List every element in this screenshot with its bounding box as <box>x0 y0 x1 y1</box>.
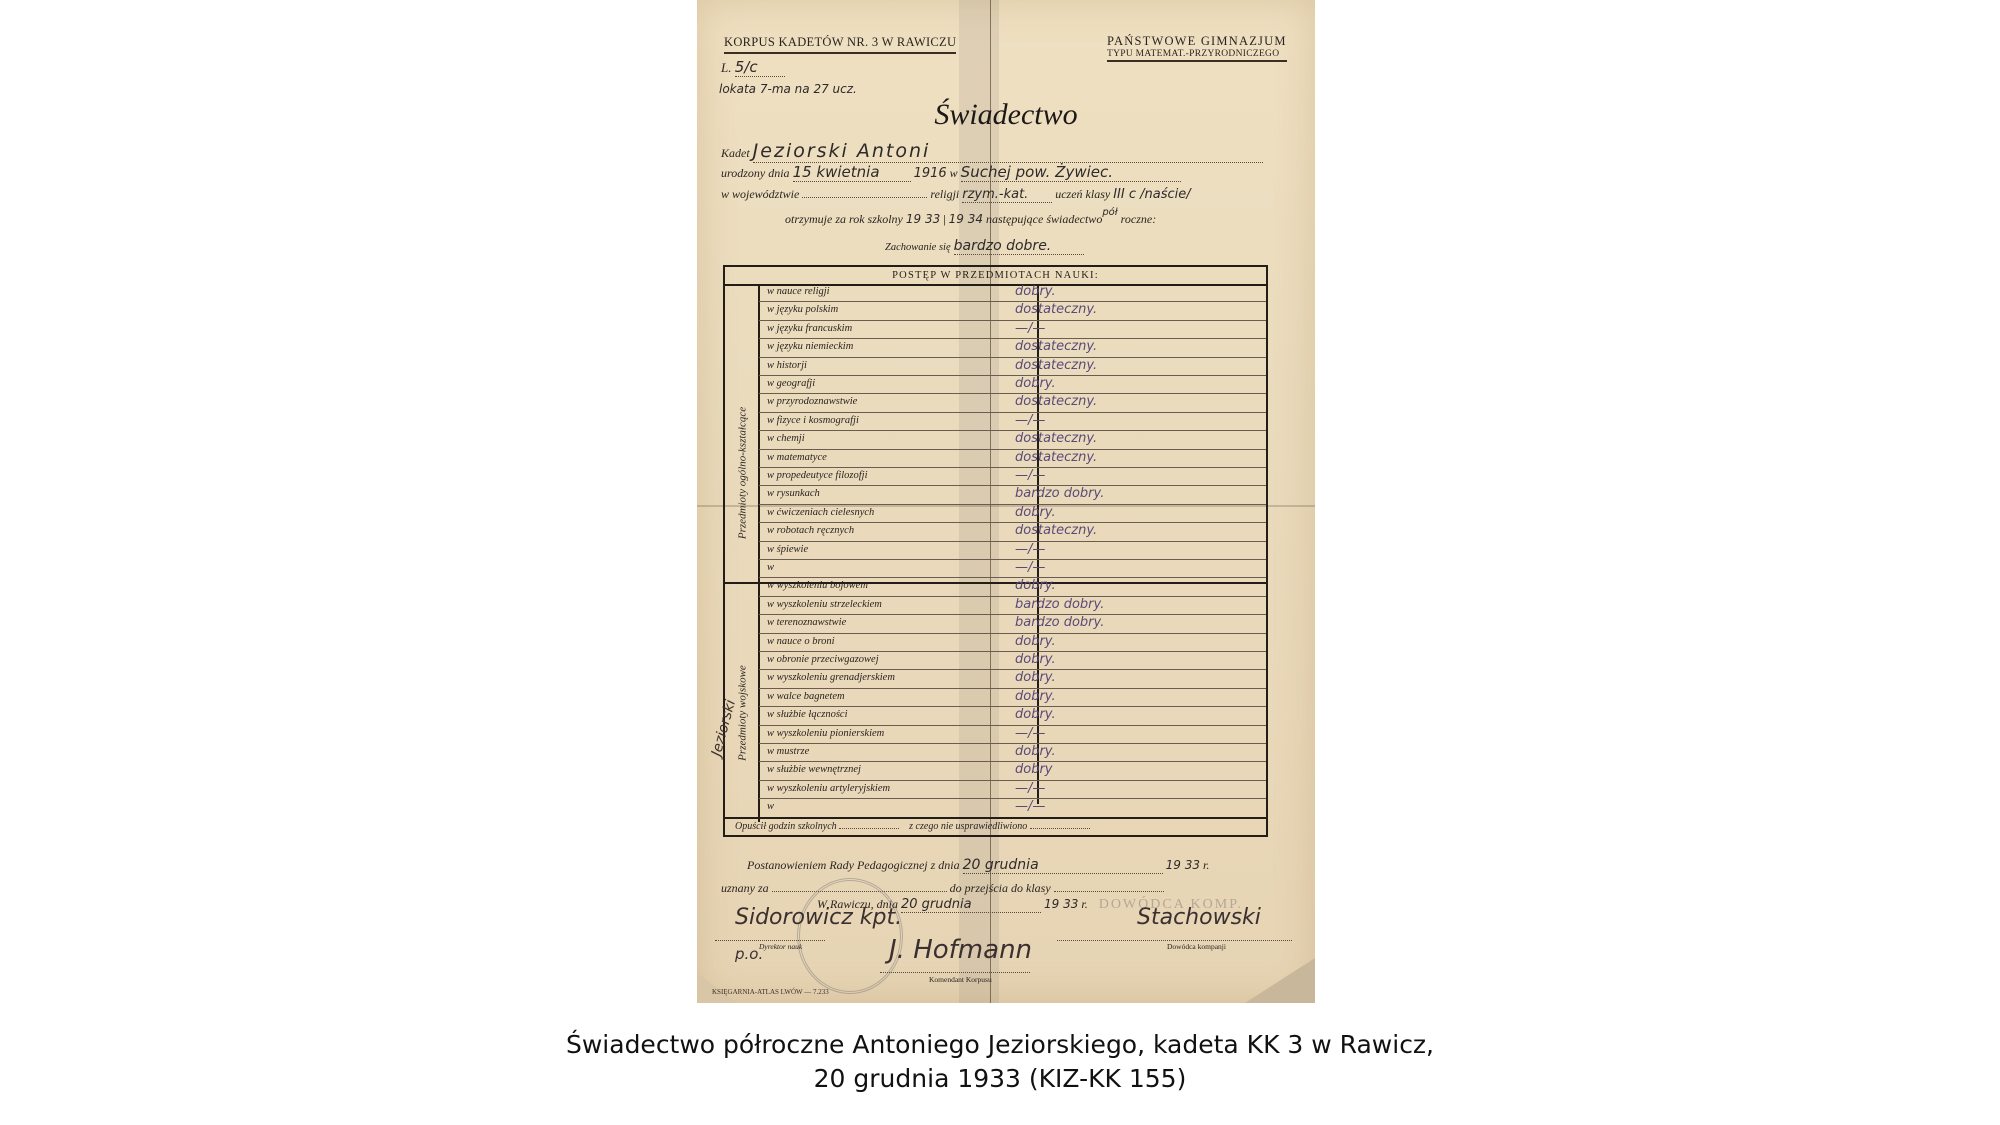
subject-name: w przyrodoznawstwie <box>767 396 857 407</box>
absence-footer: Opuścił godzin szkolnych z czego nie usp… <box>725 817 1266 835</box>
table-row: w ćwiczeniach cielesnychdobry. <box>759 505 1266 523</box>
subject-name: w walce bagnetem <box>767 691 845 702</box>
resolution-line: Postanowieniem Rady Pedagogicznej z dnia… <box>747 857 1287 874</box>
voivodeship-value <box>802 197 927 198</box>
table-row: w przyrodoznawstwiedostateczny. <box>759 394 1266 412</box>
table-row: w języku polskimdostateczny. <box>759 302 1266 320</box>
subject-name: w śpiewie <box>767 544 808 555</box>
subject-grade: —/— <box>1015 560 1045 575</box>
subject-grade: —/— <box>1015 726 1045 741</box>
table-row: w historjidostateczny. <box>759 358 1266 376</box>
subject-grade: dostateczny. <box>1015 302 1097 317</box>
subject-grade: bardzo dobry. <box>1015 597 1104 612</box>
resolution-year-suffix: r. <box>1203 858 1209 872</box>
table-row: w terenoznawstwiebardzo dobry. <box>759 615 1266 633</box>
subject-name: w historji <box>767 360 807 371</box>
subject-name: w wyszkoleniu pionierskiem <box>767 728 884 739</box>
subject-name: w służbie łączności <box>767 709 848 720</box>
table-row: w fizyce i kosmografji—/— <box>759 413 1266 431</box>
subject-grade: dobry. <box>1015 284 1056 299</box>
document-title: Świadectwo <box>697 98 1315 132</box>
section-label-military: Przedmioty wojskowe <box>737 646 749 781</box>
official-stamp <box>797 878 903 994</box>
image-caption: Świadectwo półroczne Antoniego Jeziorski… <box>0 1028 2000 1096</box>
born-date: 15 kwietnia <box>793 163 911 182</box>
company-commander-signature: Stachowski <box>1137 905 1261 930</box>
kadet-label: Kadet <box>721 146 750 160</box>
company-sign-line <box>1057 940 1292 941</box>
kadet-name: Jeziorski Antoni <box>753 140 1263 163</box>
born-label: urodzony dnia <box>721 166 790 180</box>
ref-label: L. <box>721 60 731 75</box>
table-row: w wyszkoleniu bojowemdobry. <box>759 578 1266 596</box>
table-row: w nauce religjidobry. <box>759 284 1266 302</box>
subject-grade: dostateczny. <box>1015 358 1097 373</box>
field-born: urodzony dnia 15 kwietnia 1916 w Suchej … <box>721 163 1301 182</box>
ref-value: 5/c <box>735 58 785 77</box>
subject-name: w obronie przeciwgazowej <box>767 654 879 665</box>
subject-name: w wyszkoleniu strzeleckiem <box>767 599 882 610</box>
company-commander-label: Dowódca kompanji <box>1167 942 1226 951</box>
subject-name: w robotach ręcznych <box>767 525 854 536</box>
table-row: w wyszkoleniu grenadjerskiemdobry. <box>759 670 1266 688</box>
header-school-left: KORPUS KADETÓW NR. 3 W RAWICZU <box>724 35 956 54</box>
recognized-label: uznany za <box>721 881 769 895</box>
missed-hours-value <box>839 828 899 829</box>
subject-name: w chemji <box>767 433 805 444</box>
rank-note: lokata 7-ma na 27 ucz. <box>719 82 857 96</box>
place-date-value: 20 grudnia <box>901 897 1041 913</box>
place-date-year: 19 33 <box>1044 897 1078 911</box>
subject-name: w języku francuskim <box>767 323 852 334</box>
resolution-label: Postanowieniem Rady Pedagogicznej z dnia <box>747 858 960 872</box>
subject-grade: —/— <box>1015 542 1045 557</box>
resolution-date: 20 grudnia <box>963 857 1163 874</box>
subject-name: w <box>767 562 774 573</box>
caption-line2: 20 grudnia 1933 (KIZ-KK 155) <box>0 1062 2000 1096</box>
unexcused-value <box>1030 828 1090 829</box>
subject-name: w geografji <box>767 378 815 389</box>
subject-name: w <box>767 801 774 812</box>
table-row: w—/— <box>759 799 1266 817</box>
grades-table: POSTĘP W PRZEDMIOTACH NAUKI: Przedmioty … <box>723 265 1268 837</box>
field-kadet: Kadet Jeziorski Antoni <box>721 140 1281 163</box>
subject-grade: dobry. <box>1015 744 1056 759</box>
subject-grade: dobry <box>1015 762 1053 777</box>
subject-name: w języku polskim <box>767 304 838 315</box>
subject-grade: dostateczny. <box>1015 431 1097 446</box>
unexcused-label: z czego nie usprawiedliwiono <box>909 821 1027 832</box>
commander-label: Komendant Korpusu <box>929 975 992 984</box>
director-sign-line <box>715 940 825 941</box>
commander-signature: J. Hofmann <box>889 935 1032 965</box>
subject-name: w wyszkoleniu bojowem <box>767 580 868 591</box>
subject-grade: dobry. <box>1015 376 1056 391</box>
promotion-line: uznany za do przejścia do klasy <box>721 881 1281 896</box>
commander-sign-line <box>880 972 1030 973</box>
subject-name: w ćwiczeniach cielesnych <box>767 507 874 518</box>
table-row: w robotach ręcznychdostateczny. <box>759 523 1266 541</box>
reference-number: L. 5/c <box>721 58 785 77</box>
certificate-document: KORPUS KADETÓW NR. 3 W RAWICZU PAŃSTWOWE… <box>697 0 1315 1003</box>
subject-grade: —/— <box>1015 781 1045 796</box>
born-in-label: w <box>950 166 958 180</box>
subject-grade: dobry. <box>1015 652 1056 667</box>
subject-grade: —/— <box>1015 321 1045 336</box>
field-voivodeship: w województwie religji rzym.-kat. uczeń … <box>721 187 1311 203</box>
subject-name: w nauce religji <box>767 286 830 297</box>
section-label-general: Przedmioty ogólno-kształcące <box>737 386 749 561</box>
printer-imprint: KSIĘGARNIA-ATLAS LWÓW — 7.233 <box>712 988 829 996</box>
class-label: uczeń klasy <box>1055 187 1110 201</box>
table-row: w wyszkoleniu strzeleckiembardzo dobry. <box>759 597 1266 615</box>
field-conduct: Zachowanie się bardzo dobre. <box>885 238 1285 255</box>
table-row: w nauce o bronidobry. <box>759 634 1266 652</box>
director-label: Dyrektor nauk <box>759 942 802 951</box>
class-value: III c /naście/ <box>1113 187 1190 202</box>
subject-grade: dostateczny. <box>1015 339 1097 354</box>
table-row: w mustrzedobry. <box>759 744 1266 762</box>
religion-value: rzym.-kat. <box>962 187 1052 203</box>
promotion-value <box>1054 891 1164 892</box>
table-row: w—/— <box>759 560 1266 578</box>
subject-grade: —/— <box>1015 468 1045 483</box>
table-row: w propedeutyce filozofji—/— <box>759 468 1266 486</box>
resolution-year: 19 33 <box>1166 858 1200 872</box>
header-right-line1: PAŃSTWOWE GIMNAZJUM <box>1107 34 1287 49</box>
subject-grade: bardzo dobry. <box>1015 615 1104 630</box>
voivodeship-label: w województwie <box>721 187 799 201</box>
born-year: 1916 <box>914 166 947 181</box>
subject-name: w wyszkoleniu grenadjerskiem <box>767 672 895 683</box>
subject-name: w języku niemieckim <box>767 341 853 352</box>
conduct-value: bardzo dobre. <box>954 238 1084 255</box>
table-row: w rysunkachbardzo dobry. <box>759 486 1266 504</box>
subject-name: w matematyce <box>767 452 827 463</box>
year-to: 19 34 <box>949 212 983 226</box>
field-school-year: otrzymuje za rok szkolny 19 33 | 19 34 n… <box>785 212 1305 227</box>
header-right-line2: TYPU MATEMAT.-PRZYRODNICZEGO <box>1107 49 1287 59</box>
subject-grade: —/— <box>1015 413 1045 428</box>
table-row: w walce bagnetemdobry. <box>759 689 1266 707</box>
subject-name: w fizyce i kosmografji <box>767 415 859 426</box>
table-row: w języku francuskim—/— <box>759 321 1266 339</box>
subject-name: w propedeutyce filozofji <box>767 470 868 481</box>
table-row: w służbie wewnętrznejdobry <box>759 762 1266 780</box>
religion-label: religji <box>930 187 959 201</box>
subject-grade: dobry. <box>1015 670 1056 685</box>
subject-grade: dobry. <box>1015 578 1056 593</box>
table-row: w chemjidostateczny. <box>759 431 1266 449</box>
born-place: Suchej pow. Żywiec. <box>961 163 1181 182</box>
subject-grade: dobry. <box>1015 689 1056 704</box>
year-from: 19 33 <box>906 212 940 226</box>
table-row: w służbie łącznościdobry. <box>759 707 1266 725</box>
table-row: w obronie przeciwgazowejdobry. <box>759 652 1266 670</box>
subject-grade: dobry. <box>1015 505 1056 520</box>
table-row: w języku niemieckimdostateczny. <box>759 339 1266 357</box>
subject-name: w nauce o broni <box>767 636 835 647</box>
subject-name: w terenoznawstwie <box>767 617 846 628</box>
director-signature: Sidorowicz kpt. <box>735 905 902 930</box>
subject-name: w rysunkach <box>767 488 820 499</box>
table-row: w wyszkoleniu pionierskiem—/— <box>759 726 1266 744</box>
missed-hours-label: Opuścił godzin szkolnych <box>735 821 837 832</box>
certificate-label: następujące świadectwo <box>986 212 1102 226</box>
subject-name: w mustrze <box>767 746 809 757</box>
receives-label: otrzymuje za rok szkolny <box>785 212 903 226</box>
subject-name: w służbie wewnętrznej <box>767 764 861 775</box>
place-date-suffix: r. <box>1081 897 1087 911</box>
subject-grade: dostateczny. <box>1015 450 1097 465</box>
conduct-label: Zachowanie się <box>885 242 951 253</box>
subject-name: w wyszkoleniu artyleryjskiem <box>767 783 890 794</box>
header-school-right: PAŃSTWOWE GIMNAZJUM TYPU MATEMAT.-PRZYRO… <box>1107 34 1287 62</box>
table-row: w matematycedostateczny. <box>759 450 1266 468</box>
caption-line1: Świadectwo półroczne Antoniego Jeziorski… <box>0 1028 2000 1062</box>
subject-grade: dostateczny. <box>1015 523 1097 538</box>
subject-grade: —/— <box>1015 799 1045 814</box>
subject-grade: bardzo dobry. <box>1015 486 1104 501</box>
subject-grade: dobry. <box>1015 634 1056 649</box>
certificate-suffix: roczne: <box>1121 212 1157 226</box>
table-row: w śpiewie—/— <box>759 542 1266 560</box>
torn-corner <box>1245 958 1315 1003</box>
subject-grade: dostateczny. <box>1015 394 1097 409</box>
promotion-label: do przejścia do klasy <box>950 881 1051 895</box>
certificate-note: pół <box>1102 207 1117 218</box>
subject-grade: dobry. <box>1015 707 1056 722</box>
table-row: w wyszkoleniu artyleryjskiem—/— <box>759 781 1266 799</box>
table-row: w geografjidobry. <box>759 376 1266 394</box>
